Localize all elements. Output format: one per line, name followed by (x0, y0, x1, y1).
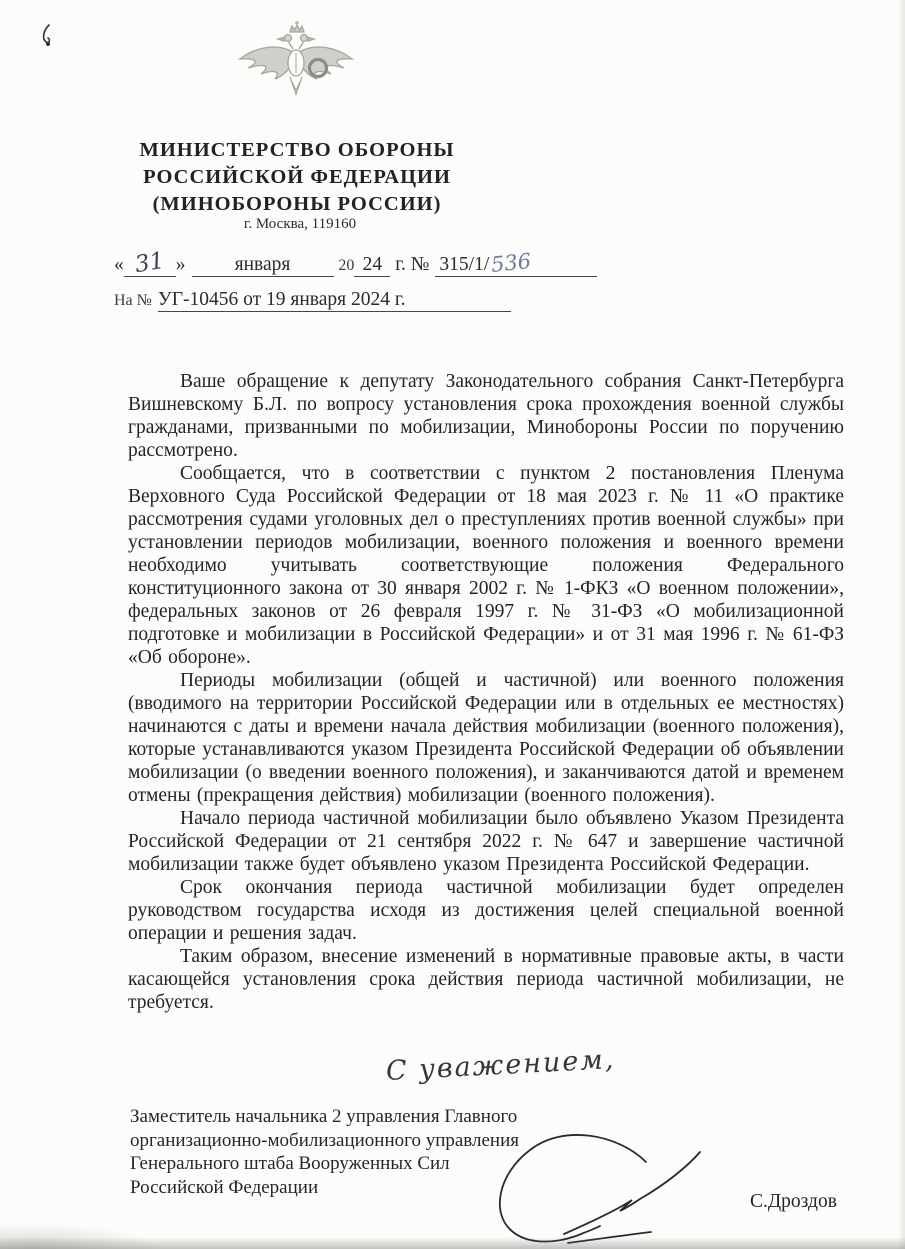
paragraph: Срок окончания периода частичной мобилиз… (128, 876, 844, 945)
letter-date-line: «31»января 2024 г. №315/1/536 (114, 250, 597, 277)
day-slot: 31 (124, 250, 176, 277)
reply-reference-value: УГ-10456 от 19 января 2024 г. (158, 289, 511, 312)
number-sign-label: г. № (395, 254, 429, 275)
signer-name: С.Дроздов (750, 1191, 837, 1213)
signer-title-line: Российской Федерации (130, 1176, 519, 1200)
month-value: января (192, 254, 334, 277)
paragraph: Периоды мобилизации (общей и частичной) … (128, 669, 844, 807)
outgoing-number: 315/1/536 (435, 251, 597, 277)
org-name-line1: МИНИСТЕРСТВО ОБОРОНЫ (0, 137, 594, 164)
signer-title-line: Заместитель начальника 2 управления Глав… (130, 1105, 519, 1129)
letterhead-org-name: МИНИСТЕРСТВО ОБОРОНЫ РОССИЙСКОЙ ФЕДЕРАЦИ… (0, 137, 594, 218)
scan-edge-shade (898, 0, 905, 1249)
letter-body: Ваше обращение к депутату Законодательно… (128, 370, 844, 1014)
close-quote: » (176, 254, 186, 275)
letterhead-address: г. Москва, 119160 (0, 216, 600, 233)
pen-mark-icon (36, 22, 58, 52)
signature-scribble-icon (468, 1122, 760, 1249)
org-name-line2: РОССИЙСКОЙ ФЕДЕРАЦИИ (0, 164, 594, 191)
paragraph: Сообщается, что в соответствии с пунктом… (128, 462, 844, 669)
handwritten-salutation: С уважением, (385, 1044, 616, 1087)
outgoing-number-typed: 315/1/ (439, 254, 489, 275)
year-value: 24 (354, 254, 390, 277)
org-name-line3: (МИНОБОРОНЫ РОССИИ) (0, 191, 594, 218)
handwritten-day: 31 (133, 248, 166, 278)
ministry-emblem-icon (235, 18, 355, 110)
year-century: 20 (338, 257, 354, 274)
scanned-letter-page: МИНИСТЕРСТВО ОБОРОНЫ РОССИЙСКОЙ ФЕДЕРАЦИ… (0, 0, 905, 1249)
signer-title-block: Заместитель начальника 2 управления Глав… (130, 1105, 519, 1199)
handwritten-number: 536 (490, 249, 532, 277)
reply-reference-line: На №УГ-10456 от 19 января 2024 г. (114, 289, 511, 312)
signer-title-line: организационно-мобилизационного управлен… (130, 1129, 519, 1153)
reply-reference-prefix: На № (114, 292, 152, 309)
paragraph: Таким образом, внесение изменений в норм… (128, 945, 844, 1014)
scan-bottom-shadow (0, 1237, 905, 1249)
signer-title-line: Генерального штаба Вооруженных Сил (130, 1152, 519, 1176)
open-quote: « (114, 254, 124, 275)
paragraph: Ваше обращение к депутату Законодательно… (128, 370, 844, 462)
paragraph: Начало периода частичной мобилизации был… (128, 807, 844, 876)
